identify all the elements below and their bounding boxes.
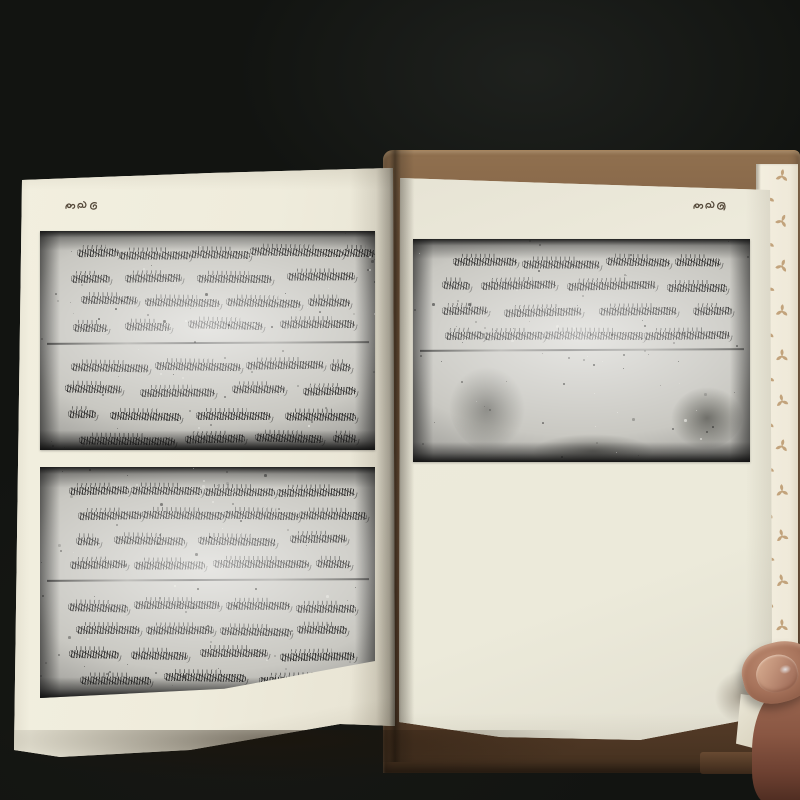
photo-grain-speck	[672, 428, 674, 430]
manuscript-text-line	[64, 405, 357, 418]
handwriting-scribble	[287, 272, 355, 280]
handwriting-scribble	[226, 298, 301, 308]
handwriting-scribble	[220, 627, 291, 637]
manuscript-plate-right	[413, 239, 750, 462]
handwriting-scribble	[114, 536, 185, 546]
photo-grain-speck	[616, 452, 617, 453]
manuscript-fold-line	[47, 578, 369, 582]
photo-grain-speck	[638, 455, 639, 456]
plate-lines-below-fold	[64, 357, 357, 450]
photo-grain-speck	[506, 381, 507, 382]
handwriting-scribble	[333, 434, 357, 442]
photo-grain-speck	[587, 356, 588, 357]
photo-grain-speck	[563, 383, 565, 385]
handwriting-scribble	[442, 306, 488, 315]
thai-numeral-184	[64, 198, 100, 214]
handwriting-scribble	[80, 676, 151, 684]
manuscript-text-line	[64, 357, 357, 370]
handwriting-scribble	[675, 258, 721, 266]
gold-leaf-motif	[773, 617, 791, 635]
handwriting-scribble	[198, 537, 276, 547]
handwriting-scribble	[246, 361, 324, 370]
gold-leaf-motif	[772, 571, 792, 591]
photo-grain-speck	[420, 355, 422, 357]
handwriting-scribble	[131, 487, 202, 495]
photo-grain-speck	[58, 544, 61, 547]
handwriting-scribble	[79, 436, 175, 445]
handwriting-scribble	[316, 560, 351, 569]
handwriting-scribble	[68, 410, 96, 418]
handwriting-scribble	[599, 307, 677, 316]
photo-grain-speck	[441, 361, 442, 362]
gold-leaf-motif	[773, 347, 790, 364]
handwriting-scribble	[140, 388, 215, 397]
handwriting-scribble	[280, 320, 355, 329]
gold-leaf-motif	[773, 482, 792, 501]
photo-grain-speck	[704, 393, 707, 396]
photo-grain-speck	[355, 587, 356, 588]
handwriting-scribble	[76, 626, 140, 634]
handwriting-scribble	[196, 412, 271, 420]
handwriting-scribble	[296, 605, 356, 613]
ink-stain	[533, 434, 653, 462]
photo-grain-speck	[484, 406, 485, 407]
gold-leaf-motif	[772, 256, 792, 276]
ink-stain	[671, 387, 743, 449]
photo-grain-speck	[583, 359, 585, 361]
handwriting-scribble	[484, 332, 544, 341]
photo-grain-speck	[594, 393, 595, 394]
manuscript-plate-bottom-left	[40, 467, 375, 698]
photo-grain-speck	[89, 469, 91, 471]
photo-grain-speck	[542, 353, 543, 354]
gold-leaf-motif	[772, 526, 792, 546]
handwriting-scribble	[188, 320, 263, 330]
handwriting-scribble	[567, 281, 656, 291]
handwriting-scribble	[232, 385, 285, 393]
photo-grain-speck	[127, 475, 128, 476]
photo-grain-speck	[62, 471, 63, 472]
handwriting-scribble	[185, 434, 245, 443]
handwriting-scribble	[522, 261, 600, 269]
handwriting-scribble	[280, 652, 355, 661]
photo-grain-speck	[41, 562, 42, 563]
manuscript-fold-line	[47, 341, 369, 345]
handwriting-scribble	[297, 626, 347, 634]
manuscript-text-line	[437, 277, 732, 290]
manuscript-text-line	[64, 316, 357, 329]
photo-grain-speck	[596, 442, 598, 444]
handwriting-scribble	[190, 250, 250, 259]
photo-grain-speck	[602, 361, 603, 362]
handwriting-scribble	[644, 331, 730, 340]
handwriting-scribble	[145, 298, 220, 307]
photo-grain-speck	[434, 422, 435, 423]
photo-grain-speck	[595, 426, 596, 427]
handwriting-scribble	[308, 298, 350, 307]
handwriting-scribble	[142, 511, 224, 520]
manuscript-plate-top-left	[40, 231, 375, 450]
right-page-number	[692, 198, 728, 214]
handwriting-scribble	[73, 324, 108, 332]
handwriting-scribble	[164, 673, 246, 682]
photo-grain-speck	[374, 281, 375, 283]
manuscript-text-line	[64, 506, 357, 519]
manuscript-text-line	[64, 482, 357, 495]
handwriting-scribble	[277, 488, 355, 497]
handwriting-scribble	[110, 412, 181, 421]
photo-grain-speck	[660, 385, 661, 386]
photo-grain-speck	[367, 269, 369, 271]
handwriting-scribble	[70, 560, 127, 569]
photo-grain-speck	[623, 354, 625, 356]
handwriting-scribble	[330, 363, 351, 371]
photo-grain-speck	[41, 338, 43, 340]
handwriting-scribble	[78, 511, 142, 520]
handwriting-scribble	[213, 560, 309, 568]
photo-grain-speck	[678, 361, 679, 362]
photo-grain-speck	[728, 241, 729, 242]
photo-grain-speck	[52, 445, 54, 447]
photo-grain-speck	[369, 269, 371, 271]
photo-grain-speck	[632, 418, 635, 421]
thai-numeral-185	[692, 198, 728, 214]
handwriting-scribble	[204, 488, 275, 496]
handwriting-scribble	[134, 561, 205, 569]
handwriting-scribble	[693, 307, 732, 316]
handwriting-scribble	[77, 248, 119, 257]
photo-grain-speck	[138, 349, 139, 350]
photo-grain-speck	[174, 585, 176, 587]
photo-grain-speck	[193, 468, 194, 469]
photo-grain-speck	[58, 654, 60, 656]
handwriting-scribble	[445, 331, 484, 340]
handwriting-scribble	[442, 281, 470, 290]
handwriting-scribble	[299, 511, 367, 520]
photo-grain-speck	[422, 443, 424, 445]
photo-grain-speck	[345, 233, 346, 234]
plate-lines-above-fold	[64, 482, 357, 578]
photo-grain-speck	[706, 431, 708, 433]
manuscript-text-line	[64, 381, 357, 394]
handwriting-scribble	[544, 331, 644, 340]
handwriting-scribble	[134, 601, 220, 609]
handwriting-scribble	[481, 280, 556, 290]
handwriting-scribble	[146, 626, 214, 634]
manuscript-text-line	[64, 530, 357, 543]
photo-grain-speck	[712, 426, 714, 428]
handwriting-scribble	[606, 257, 670, 266]
book-gutter-shadow	[376, 150, 414, 762]
photo-grain-speck	[461, 381, 463, 383]
photo-grain-speck	[489, 409, 491, 411]
handwriting-scribble	[69, 650, 119, 659]
photo-grain-speck	[432, 303, 435, 306]
photo-grain-speck	[617, 412, 618, 413]
manuscript-text-line	[64, 554, 357, 567]
photo-grain-speck	[747, 256, 749, 258]
handwriting-scribble	[303, 387, 356, 396]
book-photo	[0, 0, 800, 800]
page-edge-shadow	[0, 730, 790, 794]
photo-grain-speck	[568, 357, 570, 359]
photo-grain-speck	[684, 419, 687, 422]
left-page-number	[64, 198, 100, 214]
photo-grain-speck	[593, 364, 595, 366]
manuscript-text-line	[437, 325, 732, 338]
photo-grain-speck	[561, 456, 563, 458]
photo-grain-speck	[197, 588, 199, 590]
photo-grain-speck	[42, 595, 44, 597]
photo-grain-speck	[414, 309, 416, 311]
manuscript-text-line	[437, 301, 732, 314]
photo-grain-speck	[45, 662, 47, 664]
handwriting-scribble	[667, 284, 727, 292]
manuscript-text-line	[64, 292, 357, 305]
photo-grain-speck	[226, 471, 228, 473]
photo-grain-speck	[57, 300, 59, 302]
handwriting-scribble	[131, 651, 188, 660]
handwriting-scribble	[81, 296, 138, 305]
handwriting-scribble	[125, 274, 182, 283]
gold-leaf-motif	[772, 391, 792, 411]
photo-grain-speck	[374, 313, 375, 315]
handwriting-scribble	[504, 307, 582, 317]
handwriting-scribble	[76, 537, 100, 545]
handwriting-scribble	[250, 247, 343, 257]
photo-grain-speck	[40, 675, 42, 677]
manuscript-text-line	[64, 429, 357, 442]
ink-stain	[449, 367, 525, 451]
photo-grain-speck	[648, 354, 649, 355]
handwriting-scribble	[255, 433, 323, 443]
photo-grain-speck	[373, 371, 375, 373]
manuscript-text-line	[64, 597, 357, 610]
photo-grain-speck	[282, 350, 284, 352]
photo-grain-speck	[736, 345, 738, 347]
photo-grain-speck	[542, 422, 544, 424]
photo-grain-speck	[476, 401, 477, 402]
handwriting-scribble	[453, 258, 517, 266]
photo-grain-speck	[696, 410, 697, 411]
handwriting-scribble	[65, 385, 122, 394]
photo-grain-speck	[623, 368, 624, 369]
handwriting-scribble	[197, 275, 272, 283]
handwriting-scribble	[71, 275, 110, 284]
photo-grain-speck	[55, 293, 57, 295]
gold-leaf-motif	[772, 211, 793, 232]
photo-grain-speck	[529, 240, 531, 242]
gold-leaf-motif	[773, 437, 791, 455]
manuscript-text-line	[64, 268, 357, 281]
plate-lines-above-fold	[437, 253, 732, 349]
manuscript-text-line	[64, 244, 357, 257]
photo-grain-speck	[419, 253, 420, 254]
gold-leaf-motif	[774, 303, 790, 319]
handwriting-scribble	[71, 363, 149, 372]
manuscript-fold-line	[420, 348, 744, 352]
photo-grain-speck	[264, 474, 267, 477]
handwriting-scribble	[290, 535, 347, 544]
handwriting-scribble	[155, 362, 241, 371]
handwriting-scribble	[69, 486, 129, 495]
photo-grain-speck	[679, 383, 680, 384]
gold-leaf-motif	[774, 168, 791, 185]
manuscript-text-line	[437, 253, 732, 266]
manuscript-text-line	[64, 621, 357, 634]
photo-grain-speck	[51, 441, 52, 442]
photo-grain-speck	[60, 550, 62, 552]
handwriting-scribble	[226, 602, 290, 610]
handwriting-scribble	[200, 649, 268, 657]
photo-grain-speck	[539, 244, 541, 246]
handwriting-scribble	[119, 251, 190, 259]
manuscript-text-line	[64, 645, 357, 658]
plate-lines-above-fold	[64, 244, 357, 340]
handwriting-scribble	[343, 249, 375, 258]
handwriting-scribble	[285, 412, 356, 420]
photo-grain-speck	[734, 392, 735, 393]
handwriting-scribble	[125, 323, 171, 332]
handwriting-scribble	[68, 603, 128, 612]
photo-grain-speck	[255, 588, 257, 590]
photo-grain-speck	[700, 438, 702, 440]
handwriting-scribble	[224, 511, 299, 521]
